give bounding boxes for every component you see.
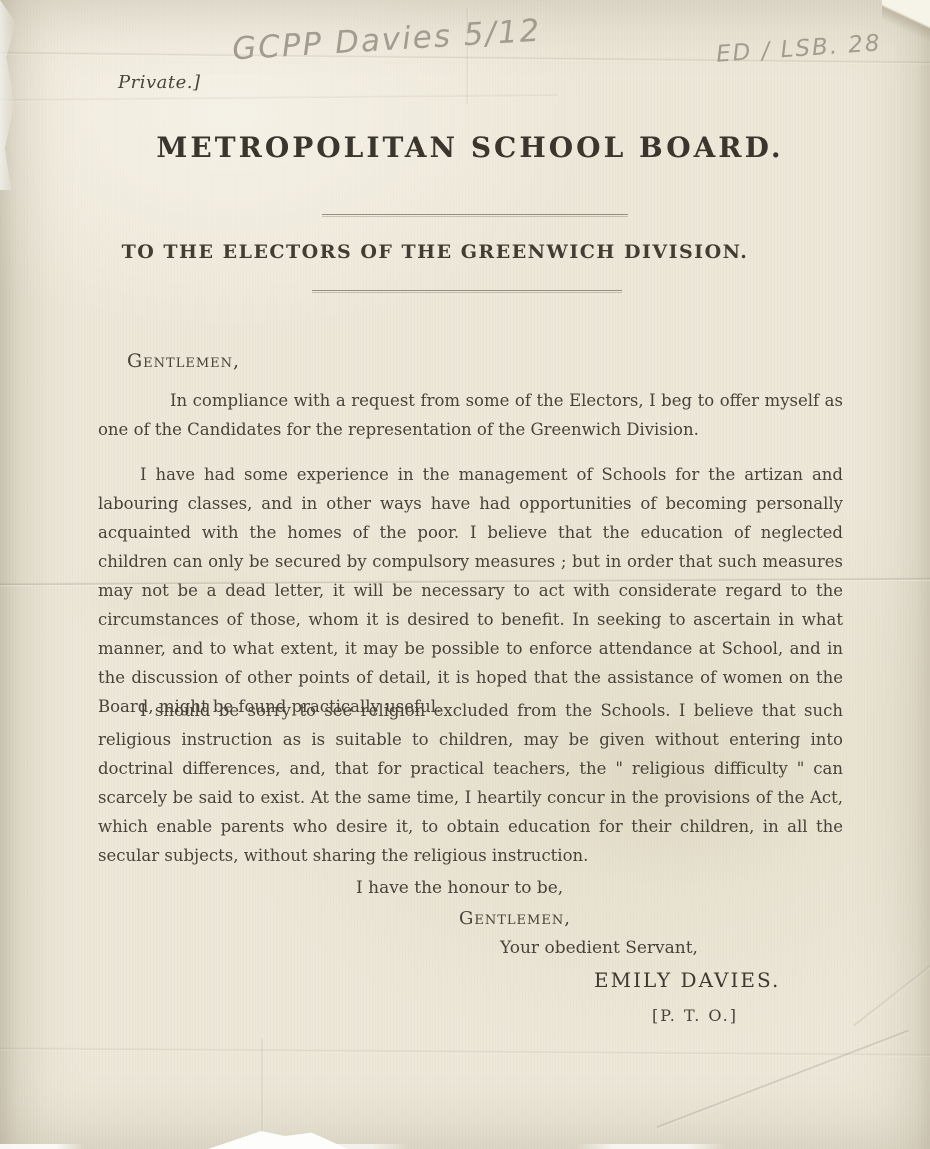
paragraph-2: I have had some experience in the manage… bbox=[98, 460, 843, 721]
divider-rule-top bbox=[322, 214, 628, 217]
salutation: Gentlemen, bbox=[127, 350, 240, 372]
crease-line bbox=[656, 1030, 909, 1130]
closing-honour-line: I have the honour to be, bbox=[356, 878, 563, 898]
crease-line bbox=[0, 94, 558, 103]
private-label: Private.] bbox=[118, 72, 201, 93]
closing-gentlemen: Gentlemen, bbox=[459, 908, 571, 929]
signature-emily-davies: EMILY DAVIES. bbox=[594, 968, 780, 992]
please-turn-over-note: [P. T. O.] bbox=[652, 1006, 738, 1025]
corner-fold bbox=[882, 0, 930, 72]
closing-obedient-servant: Your obedient Servant, bbox=[500, 938, 698, 958]
torn-edge bbox=[208, 1129, 348, 1149]
crease-line bbox=[0, 1047, 930, 1057]
document-page: GCPP Davies 5/12 ED / LSB. 28 Private.] … bbox=[0, 0, 930, 1149]
paragraph-3: I should be sorry to see religion exclud… bbox=[98, 696, 843, 870]
paragraph-1: In compliance with a request from some o… bbox=[98, 386, 843, 444]
divider-rule-bottom bbox=[312, 290, 622, 293]
crease-line bbox=[853, 945, 930, 1027]
torn-edge bbox=[0, 1144, 930, 1149]
addressee-heading: TO THE ELECTORS OF THE GREENWICH DIVISIO… bbox=[0, 241, 900, 263]
crease-line bbox=[261, 1038, 264, 1138]
document-title: METROPOLITAN SCHOOL BOARD. bbox=[5, 131, 930, 164]
